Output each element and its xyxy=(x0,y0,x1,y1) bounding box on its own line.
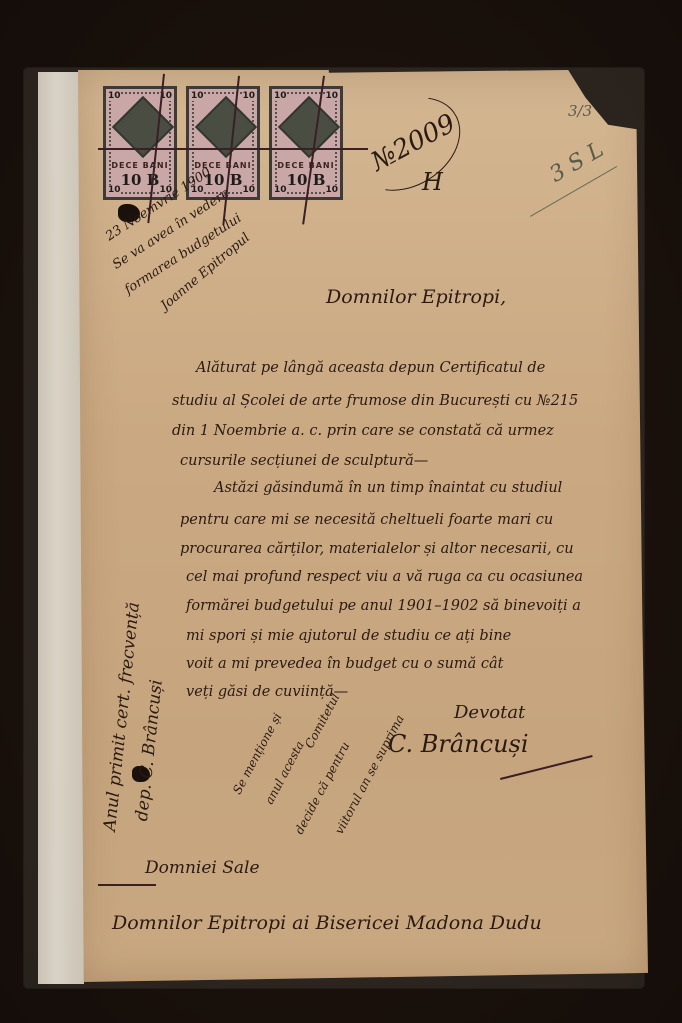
body-line: pentru care mi se necesită cheltueli foa… xyxy=(180,512,553,528)
stamp-corner-value: 10 xyxy=(274,91,287,101)
body-line: studiu al Școlei de arte frumose din Buc… xyxy=(172,393,578,409)
body-line: cursurile secțiunei de sculptură— xyxy=(180,453,428,469)
body-line: veți găsi de cuviință— xyxy=(186,684,348,700)
address-underline xyxy=(98,884,156,886)
stamp-value: 10 B xyxy=(106,171,174,189)
address-line-2: Domnilor Epitropi ai Bisericei Madona Du… xyxy=(112,912,542,934)
stamp-corner-value: 10 xyxy=(325,91,338,101)
body-line: mi spori și mie ajutorul de studiu ce aț… xyxy=(186,628,511,644)
body-line: procurarea cărților, materialelor și alt… xyxy=(180,541,574,557)
page-mark: 3/3 xyxy=(568,102,592,120)
body-line: cel mai profund respect viu a vă ruga ca… xyxy=(186,569,583,585)
stamp-denomination: DECE BANI xyxy=(272,161,340,170)
body-line: formărei budgetului pe anul 1901–1902 să… xyxy=(186,598,581,614)
closing-devotat: Devotat xyxy=(454,702,525,723)
body-line: Alăturat pe lângă aceasta depun Certific… xyxy=(196,360,545,376)
stamp-cancel-line xyxy=(98,148,368,150)
revenue-stamp: 10 10 10 10 DECE BANI 10 B xyxy=(103,86,177,200)
sleeve-binding-strip xyxy=(38,72,84,984)
address-line-1: Domniei Sale xyxy=(145,858,260,878)
salutation: Domnilor Epitropi, xyxy=(326,286,506,308)
revenue-stamp: 10 10 10 10 DECE BANI 10 B xyxy=(269,86,343,200)
stamp-value: 10 B xyxy=(272,171,340,189)
body-line: din 1 Noembrie a. c. prin care se consta… xyxy=(172,423,554,439)
body-line: Astăzi găsindumă în un timp înaintat cu … xyxy=(214,480,562,496)
stamp-corner-value: 10 xyxy=(242,91,255,101)
stamp-corner-value: 10 xyxy=(108,91,121,101)
stamp-corner-value: 10 xyxy=(191,91,204,101)
body-line: voit a mi prevedea în budget cu o sumă c… xyxy=(186,656,504,672)
revenue-stamps: 10 10 10 10 DECE BANI 10 B 10 10 10 10 D… xyxy=(103,86,343,200)
stamp-denomination: DECE BANI xyxy=(106,161,174,170)
signature-brancusi: C. Brâncuși xyxy=(388,730,529,758)
